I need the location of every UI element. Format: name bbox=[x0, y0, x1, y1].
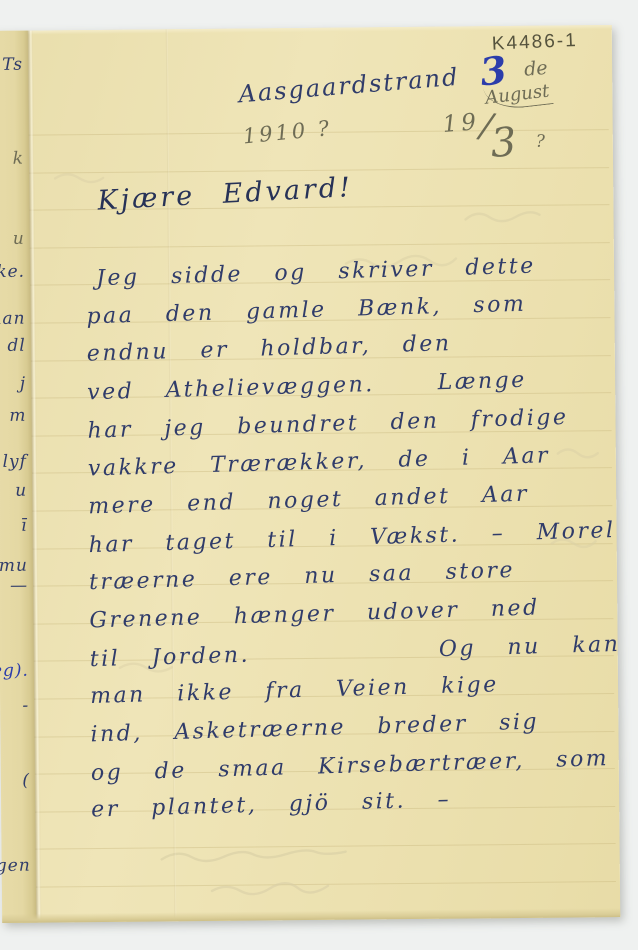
body-line: Grenene hænger udover ned bbox=[89, 597, 540, 632]
body-line: og de smaa Kirsebærtræer, som bbox=[91, 748, 610, 785]
body-line: til Jorden. Og nu kan bbox=[90, 634, 621, 671]
body-line: ved Athelievæggen. Længe bbox=[87, 370, 527, 405]
body-line: ind, Asketræerne breder sig bbox=[90, 711, 539, 746]
letter-body: Jeg sidde og skriver dettepaa den gamle … bbox=[0, 25, 620, 923]
body-line: vakkre Trærækker, de i Aar bbox=[88, 445, 551, 480]
body-line: træerne ere nu saa store bbox=[89, 560, 516, 594]
body-line: har taget til i Vækst. – Morel bbox=[88, 520, 615, 557]
body-line: endnu er holdbar, den bbox=[87, 333, 452, 365]
letter-page: Tskuske.kandljmlyfuīmu—leg).-(gen K4486-… bbox=[0, 25, 620, 923]
body-line: Jeg sidde og skriver dette bbox=[96, 256, 536, 291]
body-line: man ikke fra Veien kige bbox=[90, 674, 499, 708]
body-line: paa den gamle Bænk, som bbox=[86, 294, 526, 329]
body-line: mere end noget andet Aar bbox=[88, 484, 529, 519]
body-line: er plantet, gjö sit. – bbox=[91, 789, 451, 821]
scan-background: Tskuske.kandljmlyfuīmu—leg).-(gen K4486-… bbox=[0, 0, 638, 950]
body-line: har jeg beundret den frodige bbox=[87, 407, 568, 443]
